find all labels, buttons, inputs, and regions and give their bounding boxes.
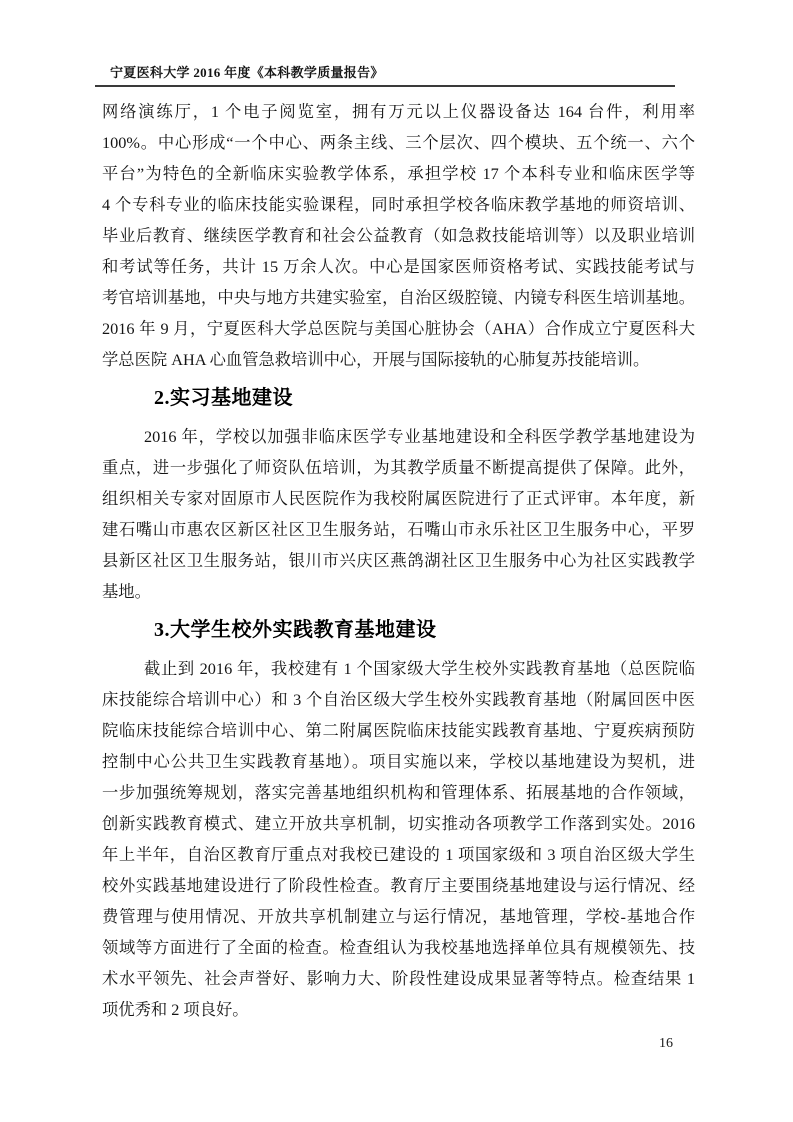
text-line: 年上半年，自治区教育厅重点对我校已建设的 1 项国家级和 3 项自治区级大学生	[102, 839, 695, 870]
text-line: 基地。	[102, 576, 695, 607]
text-line: 和考试等任务，共计 15 万余人次。中心是国家医师资格考试、实践技能考试与	[102, 251, 695, 282]
text-line: 创新实践教育模式、建立开放共享机制，切实推动各项教学工作落到实处。2016	[102, 808, 695, 839]
text-line: 术水平领先、社会声誉好、影响力大、阶段性建设成果显著等特点。检查结果 1	[102, 963, 695, 994]
text-line: 2016 年 9 月，宁夏医科大学总医院与美国心脏协会（AHA）合作成立宁夏医科…	[102, 313, 695, 344]
text-line: 考官培训基地，中央与地方共建实验室，自治区级腔镜、内镜专科医生培训基地。	[102, 282, 695, 313]
text-line: 院临床技能综合培训中心、第二附属医院临床技能实践教育基地、宁夏疾病预防	[102, 715, 695, 746]
text-line: 重点，进一步强化了师资队伍培训，为其教学质量不断提高提供了保障。此外，	[102, 452, 695, 483]
text-line: 截止到 2016 年，我校建有 1 个国家级大学生校外实践教育基地（总医院临	[102, 653, 695, 684]
paragraph: 网络演练厅，1 个电子阅览室，拥有万元以上仪器设备达 164 台件，利用率100…	[102, 96, 695, 375]
document-body: 网络演练厅，1 个电子阅览室，拥有万元以上仪器设备达 164 台件，利用率100…	[102, 96, 695, 1025]
paragraph: 截止到 2016 年，我校建有 1 个国家级大学生校外实践教育基地（总医院临床技…	[102, 653, 695, 1025]
text-line: 控制中心公共卫生实践教育基地）。项目实施以来，学校以基地建设为契机，进	[102, 746, 695, 777]
text-line: 100%。中心形成“一个中心、两条主线、三个层次、四个模块、五个统一、六个	[102, 127, 695, 158]
page-header: 宁夏医科大学 2016 年度《本科教学质量报告》	[95, 62, 675, 87]
report-page: 宁夏医科大学 2016 年度《本科教学质量报告》 网络演练厅，1 个电子阅览室，…	[0, 0, 793, 1122]
text-line: 县新区社区卫生服务站，银川市兴庆区燕鸽湖社区卫生服务中心为社区实践教学	[102, 545, 695, 576]
text-line: 项优秀和 2 项良好。	[102, 994, 695, 1025]
page-number: 16	[659, 1036, 673, 1052]
text-line: 领域等方面进行了全面的检查。检查组认为我校基地选择单位具有规模领先、技	[102, 932, 695, 963]
text-line: 平台”为特色的全新临床实验教学体系，承担学校 17 个本科专业和临床医学等	[102, 158, 695, 189]
text-line: 毕业后教育、继续医学教育和社会公益教育（如急救技能培训等）以及职业培训	[102, 220, 695, 251]
text-line: 2016 年，学校以加强非临床医学专业基地建设和全科医学教学基地建设为	[102, 421, 695, 452]
text-line: 校外实践基地建设进行了阶段性检查。教育厅主要围绕基地建设与运行情况、经	[102, 870, 695, 901]
text-line: 床技能综合培训中心）和 3 个自治区级大学生校外实践教育基地（附属回医中医	[102, 684, 695, 715]
section-heading: 2.实习基地建设	[102, 383, 695, 413]
text-line: 组织相关专家对固原市人民医院作为我校附属医院进行了正式评审。本年度，新	[102, 483, 695, 514]
page-header-title: 宁夏医科大学 2016 年度《本科教学质量报告》	[110, 62, 384, 81]
text-line: 学总医院 AHA 心血管急救培训中心，开展与国际接轨的心肺复苏技能培训。	[102, 344, 695, 375]
text-line: 建石嘴山市惠农区新区社区卫生服务站，石嘴山市永乐社区卫生服务中心，平罗	[102, 514, 695, 545]
text-line: 4 个专科专业的临床技能实验课程，同时承担学校各临床教学基地的师资培训、	[102, 189, 695, 220]
text-line: 费管理与使用情况、开放共享机制建立与运行情况，基地管理，学校-基地合作	[102, 901, 695, 932]
text-line: 一步加强统筹规划，落实完善基地组织机构和管理体系、拓展基地的合作领域，	[102, 777, 695, 808]
section-heading: 3.大学生校外实践教育基地建设	[102, 615, 695, 645]
paragraph: 2016 年，学校以加强非临床医学专业基地建设和全科医学教学基地建设为重点，进一…	[102, 421, 695, 607]
text-line: 网络演练厅，1 个电子阅览室，拥有万元以上仪器设备达 164 台件，利用率	[102, 96, 695, 127]
